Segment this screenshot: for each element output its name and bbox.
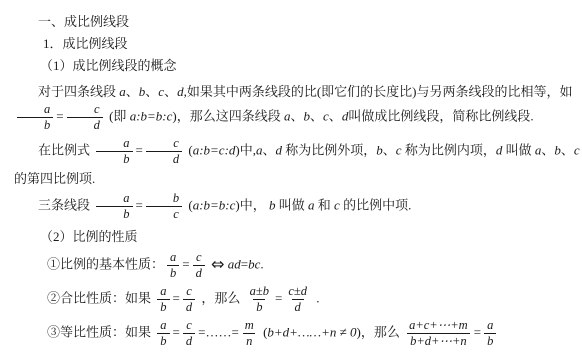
text-run: = — [136, 143, 143, 158]
text-run: 、 — [290, 109, 303, 124]
fraction-denominator: b — [253, 299, 265, 314]
fraction: cd — [183, 319, 195, 348]
text-run: 在比例式 — [38, 143, 93, 158]
fraction-denominator: b — [157, 299, 169, 314]
heading-properties: （2）比例的性质 — [40, 226, 582, 247]
text-run: 的比例中项. — [340, 197, 412, 212]
para-definition: 对于四条线段 a、b、c、d,如果其中两条线段的比(即它们的长度比)与另两条线段… — [14, 81, 576, 133]
text-run: )中， — [235, 197, 269, 212]
math-text: bc — [248, 256, 260, 271]
fraction-denominator: b — [167, 265, 179, 280]
fraction-denominator: b — [17, 117, 53, 132]
text-run: ③等比性质：如果 — [47, 325, 154, 340]
math-text: a:b=b:c — [193, 197, 236, 212]
item-equal-ratio-property: ③等比性质：如果 ab=cd=……=mn (b+d+……+n ≠ 0)，那么 a… — [47, 318, 582, 349]
fraction: bc — [146, 192, 182, 221]
fraction-numerator: c±d — [285, 285, 310, 299]
math-text: a:b=b:c — [130, 109, 173, 124]
para-proportion-terms: 在比例式 ab=cd (a:b=c:d)中,a、d 称为比例外项，b、c 称为比… — [14, 136, 582, 188]
text-run: 的第四比例项. — [14, 171, 95, 186]
text-run: . — [260, 256, 263, 271]
fraction-denominator: c — [146, 206, 182, 221]
fraction-numerator: a±b — [247, 285, 272, 299]
text-run: 、 — [561, 143, 574, 158]
text-run: 、 — [164, 84, 177, 99]
fraction-numerator: a — [157, 319, 169, 333]
text-run: 1．成比例线段 — [43, 36, 128, 51]
text-run: 称为比例内项， — [402, 143, 496, 158]
fraction-numerator: a — [484, 319, 496, 333]
text-run: 三条线段 — [38, 197, 93, 212]
text-run: 、 — [383, 143, 396, 158]
text-run: ,如果其中两条线段的比(即它们的长度比)与另两条线段的比相等，如 — [184, 84, 573, 99]
text-run: 、 — [145, 84, 158, 99]
fraction: ab — [96, 192, 132, 221]
text-run: （2）比例的性质 — [40, 229, 138, 244]
text-run: 、 — [126, 84, 139, 99]
fraction-denominator: d — [183, 299, 195, 314]
fraction-denominator: d — [67, 117, 103, 132]
text-run: 称为比例外项， — [282, 143, 376, 158]
text-run: 叫做 — [502, 143, 535, 158]
fraction: ab — [17, 103, 53, 132]
fraction-denominator: d — [183, 333, 195, 348]
fraction-denominator: b+d+⋯+n — [407, 333, 470, 348]
text-run: 和 — [315, 197, 335, 212]
text-run: = — [173, 325, 180, 340]
fraction-denominator: b — [484, 333, 496, 348]
fraction-numerator: c — [183, 319, 195, 333]
fraction-numerator: a — [157, 285, 169, 299]
text-run: = — [56, 109, 63, 124]
fraction-denominator: b — [96, 206, 132, 221]
fraction-numerator: a — [96, 192, 132, 206]
text-run: = — [241, 256, 248, 271]
text-run: ①比例的基本性质： — [47, 256, 164, 271]
fraction: ab — [167, 251, 179, 280]
fraction-numerator: c — [183, 285, 195, 299]
item-basic-property: ①比例的基本性质：ab=cd ⇔ ad=bc. — [47, 250, 582, 281]
text-run: 、 — [310, 109, 323, 124]
math-text: b+d+……+n ≠ 0 — [267, 325, 356, 340]
text-run: = — [173, 291, 180, 306]
double-arrow-symbol: ⇔ — [211, 254, 224, 273]
fraction-numerator: a+c+⋯+m — [406, 319, 471, 333]
fraction: c±dd — [285, 285, 310, 314]
fraction-denominator: b — [96, 151, 132, 166]
math-text: a:b=c:d — [193, 143, 236, 158]
fraction-denominator: d — [292, 299, 304, 314]
fraction-denominator: d — [193, 265, 205, 280]
fraction: mn — [242, 319, 257, 348]
fraction: cd — [183, 285, 195, 314]
fraction-numerator: c — [67, 103, 103, 117]
fraction: cd — [67, 103, 103, 132]
text-run: = — [136, 197, 143, 212]
text-run: 一、成比例线段 — [38, 14, 129, 29]
fraction-numerator: c — [193, 251, 205, 265]
text-run: 叫做 — [276, 197, 309, 212]
text-run: 叫做成比例线段，简称比例线段. — [348, 109, 533, 124]
text-run: . — [313, 291, 320, 306]
fraction: ab — [157, 319, 169, 348]
fraction-denominator: n — [243, 333, 255, 348]
fraction-numerator: a — [96, 137, 132, 151]
text-run: =……= — [198, 325, 239, 340]
text-run: (即 — [106, 109, 130, 124]
item-combination-property: ②合比性质：如果 ab=cd ，那么 a±bb=c±dd . — [47, 284, 582, 315]
math-text: c — [574, 143, 580, 158]
text-run: （1）成比例线段的概念 — [40, 58, 177, 73]
fraction-numerator: a — [17, 103, 53, 117]
fraction: a+c+⋯+mb+d+⋯+n — [406, 319, 471, 348]
text-run: ，那么 — [198, 291, 244, 306]
para-mean-proportional: 三条线段 ab=bc (a:b=b:c)中， b 叫做 a 和 c 的比例中项. — [14, 191, 582, 222]
text-run: )，那么 — [356, 325, 403, 340]
text-run: 、 — [541, 143, 554, 158]
fraction-denominator: d — [146, 151, 182, 166]
math-text: ad — [228, 256, 241, 271]
text-run: )，那么这四条线段 — [172, 109, 284, 124]
fraction-numerator: b — [146, 192, 182, 206]
text-run: ( — [185, 197, 193, 212]
heading-concept: （1）成比例线段的概念 — [40, 55, 582, 76]
text-run: 、 — [329, 109, 342, 124]
fraction-numerator: c — [146, 137, 182, 151]
fraction-numerator: a — [167, 251, 179, 265]
heading-sub: 1．成比例线段 — [43, 33, 582, 54]
document-page: 一、成比例线段1．成比例线段（1）成比例线段的概念对于四条线段 a、b、c、d,… — [0, 0, 582, 350]
heading-section: 一、成比例线段 — [38, 11, 582, 32]
fraction: ab — [96, 137, 132, 166]
fraction: ab — [157, 285, 169, 314]
fraction-numerator: m — [242, 319, 257, 333]
text-run: ( — [185, 143, 193, 158]
text-run: )中, — [235, 143, 256, 158]
text-run: 、 — [263, 143, 276, 158]
text-run: = — [182, 256, 189, 271]
fraction: cd — [146, 137, 182, 166]
fraction: a±bb — [247, 285, 272, 314]
text-run: 对于四条线段 — [38, 84, 119, 99]
text-run: = — [275, 291, 282, 306]
text-run: = — [474, 325, 481, 340]
fraction: ab — [484, 319, 496, 348]
fraction-denominator: b — [157, 333, 169, 348]
fraction: cd — [193, 251, 205, 280]
text-run: ②合比性质：如果 — [47, 291, 154, 306]
